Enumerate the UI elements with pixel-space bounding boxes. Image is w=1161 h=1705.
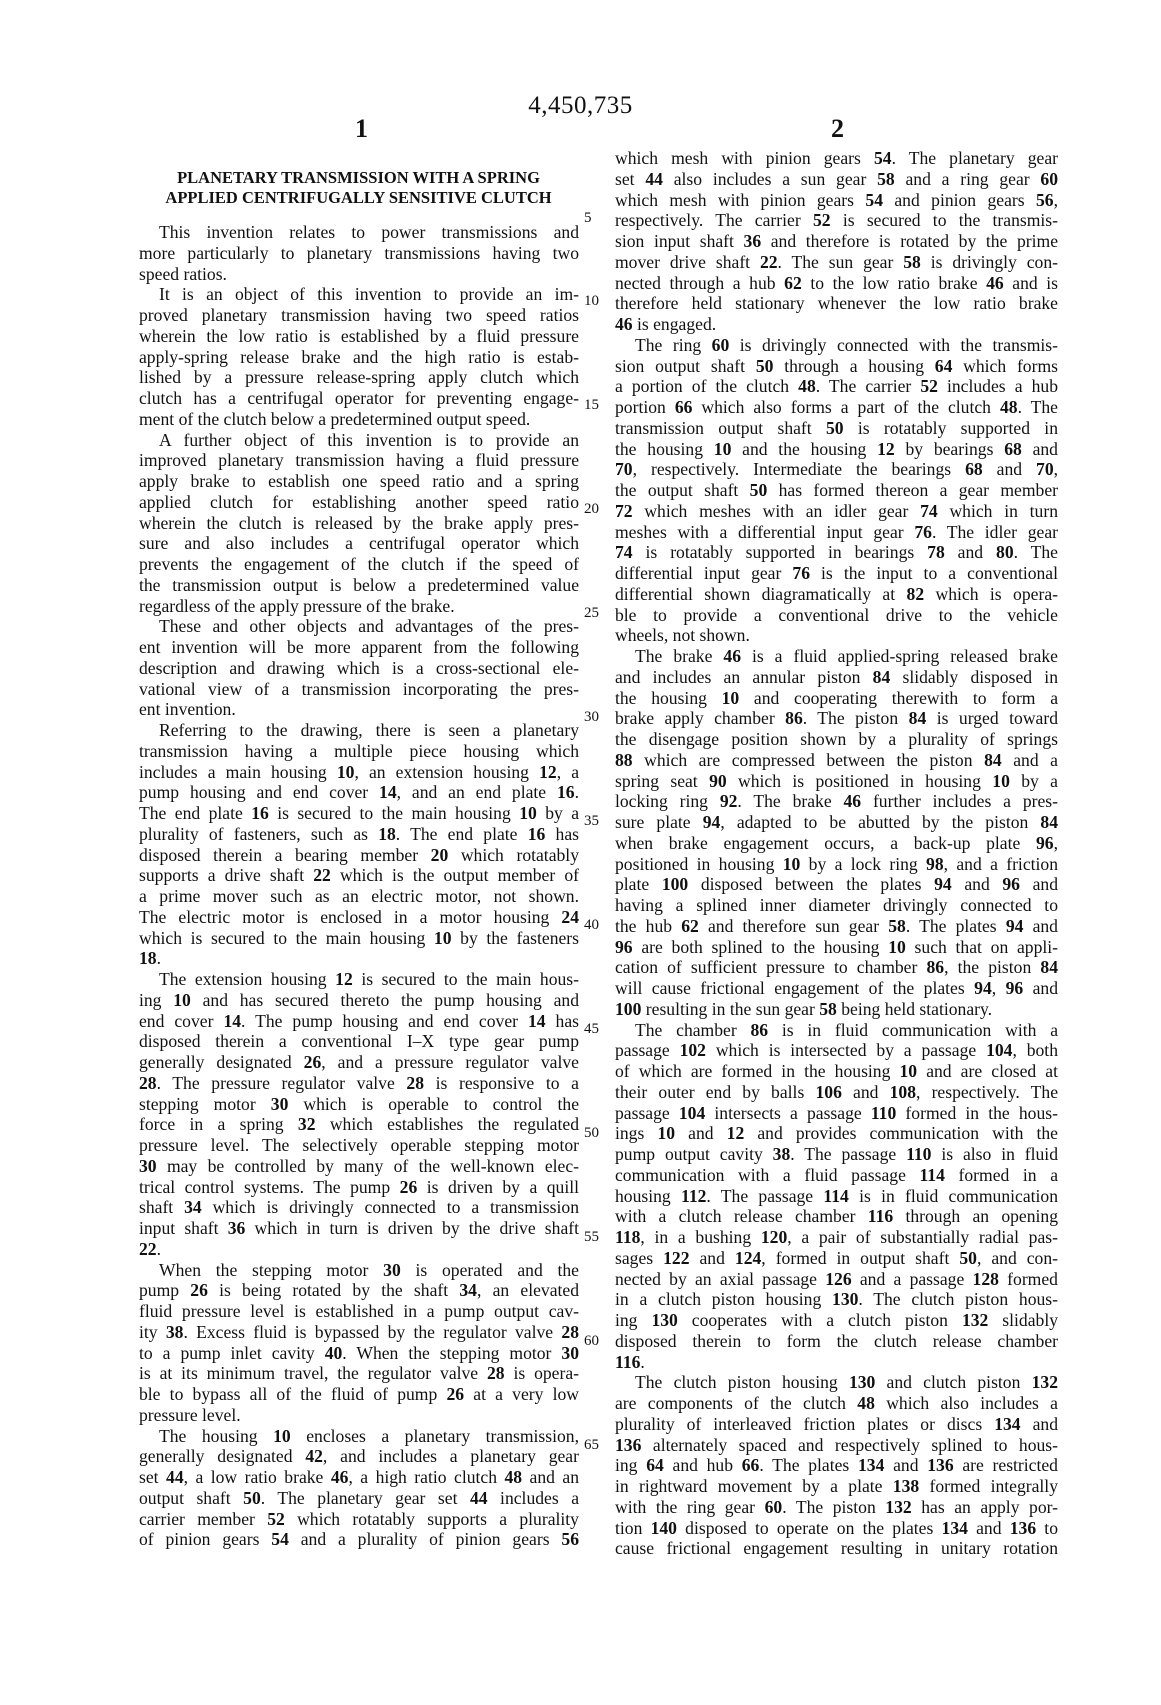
- reference-numeral: 22: [139, 1239, 157, 1259]
- reference-numeral: 22: [313, 865, 331, 885]
- reference-numeral: 16: [557, 782, 575, 802]
- text-line: differential input gear 76 is the input …: [615, 563, 1058, 584]
- text-line: the disengage position shown by a plural…: [615, 729, 1058, 750]
- text-line: stepping motor 30 which is operable to c…: [139, 1094, 579, 1115]
- text-line: brake apply chamber 86. The piston 84 is…: [615, 708, 1058, 729]
- title-line: APPLIED CENTRIFUGALLY SENSITIVE CLUTCH: [140, 188, 577, 208]
- text-line: apply-spring release brake and the high …: [139, 347, 579, 368]
- text-line: shaft 34 which is drivingly connected to…: [139, 1197, 579, 1218]
- text-line: Referring to the drawing, there is seen …: [139, 720, 579, 741]
- reference-numeral: 76: [914, 522, 932, 542]
- text-line: the output shaft 50 has formed thereon a…: [615, 480, 1058, 501]
- reference-numeral: 26: [446, 1384, 464, 1404]
- reference-numeral: 86: [785, 708, 803, 728]
- text-line: includes a main housing 10, an extension…: [139, 762, 579, 783]
- text-line: carrier member 52 which rotatably suppor…: [139, 1509, 579, 1530]
- reference-numeral: 46: [986, 273, 1004, 293]
- reference-numeral: 100: [615, 999, 641, 1019]
- reference-numeral: 134: [994, 1414, 1020, 1434]
- reference-numeral: 74: [920, 501, 938, 521]
- reference-numeral: 54: [271, 1529, 289, 1549]
- reference-numeral: 120: [761, 1227, 787, 1247]
- text-line: wheels, not shown.: [615, 625, 1058, 646]
- text-line: the housing 10 and cooperating therewith…: [615, 688, 1058, 709]
- text-line: passage 102 which is intersected by a pa…: [615, 1040, 1058, 1061]
- reference-numeral: 114: [823, 1186, 848, 1206]
- reference-numeral: 122: [663, 1248, 689, 1268]
- text-line: of pinion gears 54 and a plurality of pi…: [139, 1529, 579, 1550]
- reference-numeral: 100: [662, 874, 688, 894]
- reference-numeral: 32: [298, 1114, 316, 1134]
- reference-numeral: 96: [1036, 833, 1054, 853]
- text-line: ment of the clutch below a predetermined…: [139, 409, 579, 430]
- reference-numeral: 36: [744, 231, 762, 251]
- text-line: a prime mover such as an electric motor,…: [139, 886, 579, 907]
- reference-numeral: 114: [919, 1165, 944, 1185]
- reference-numeral: 132: [1032, 1372, 1058, 1392]
- reference-numeral: 84: [909, 708, 927, 728]
- reference-numeral: 84: [984, 750, 1002, 770]
- text-line: input shaft 36 which in turn is driven b…: [139, 1218, 579, 1239]
- reference-numeral: 28: [561, 1322, 579, 1342]
- reference-numeral: 50: [826, 418, 844, 438]
- patent-number: 4,450,735: [0, 92, 1161, 120]
- text-line: disposed therein to form the clutch rele…: [615, 1331, 1058, 1352]
- reference-numeral: 10: [657, 1123, 675, 1143]
- text-line: 100 resulting in the sun gear 58 being h…: [615, 999, 1058, 1020]
- reference-numeral: 58: [903, 252, 921, 272]
- reference-numeral: 14: [528, 1011, 546, 1031]
- reference-numeral: 12: [877, 439, 895, 459]
- reference-numeral: 50: [243, 1488, 261, 1508]
- text-line: which is secured to the main housing 10 …: [139, 928, 579, 949]
- reference-numeral: 18: [139, 948, 157, 968]
- reference-numeral: 136: [927, 1455, 953, 1475]
- reference-numeral: 66: [675, 397, 693, 417]
- reference-numeral: 64: [646, 1455, 664, 1475]
- reference-numeral: 68: [965, 459, 983, 479]
- reference-numeral: 60: [1040, 169, 1058, 189]
- text-line: generally designated 26, and a pressure …: [139, 1052, 579, 1073]
- reference-numeral: 12: [335, 969, 353, 989]
- text-line: in a clutch piston housing 130. The clut…: [615, 1289, 1058, 1310]
- reference-numeral: 76: [792, 563, 810, 583]
- reference-numeral: 26: [400, 1177, 418, 1197]
- text-line: sion output shaft 50 through a housing 6…: [615, 356, 1058, 377]
- reference-numeral: 10: [337, 762, 355, 782]
- text-line: disposed therein a conventional I–X type…: [139, 1031, 579, 1052]
- reference-numeral: 16: [251, 803, 269, 823]
- reference-numeral: 98: [926, 854, 944, 874]
- reference-numeral: 116: [868, 1206, 893, 1226]
- reference-numeral: 60: [765, 1497, 783, 1517]
- reference-numeral: 58: [819, 999, 837, 1019]
- reference-numeral: 136: [615, 1435, 641, 1455]
- reference-numeral: 104: [986, 1040, 1012, 1060]
- reference-numeral: 46: [331, 1467, 349, 1487]
- text-line: plurality of interleaved friction plates…: [615, 1414, 1058, 1435]
- reference-numeral: 136: [1010, 1518, 1036, 1538]
- reference-numeral: 130: [832, 1289, 858, 1309]
- text-line: when brake engagement occurs, a back-up …: [615, 833, 1058, 854]
- reference-numeral: 14: [223, 1011, 241, 1031]
- text-line: The housing 10 encloses a planetary tran…: [139, 1426, 579, 1447]
- text-line: respectively. The carrier 52 is secured …: [615, 210, 1058, 231]
- text-line: The electric motor is enclosed in a moto…: [139, 907, 579, 928]
- text-line: positioned in housing 10 by a lock ring …: [615, 854, 1058, 875]
- text-line: ing 130 cooperates with a clutch piston …: [615, 1310, 1058, 1331]
- reference-numeral: 70: [1036, 459, 1054, 479]
- text-line: the transmission output is below a prede…: [139, 575, 579, 596]
- text-line: 118, in a bushing 120, a pair of substan…: [615, 1227, 1058, 1248]
- text-line: end cover 14. The pump housing and end c…: [139, 1011, 579, 1032]
- text-line: The chamber 86 is in fluid communication…: [615, 1020, 1058, 1041]
- reference-numeral: 46: [615, 314, 633, 334]
- reference-numeral: 84: [873, 667, 891, 687]
- text-line: housing 112. The passage 114 is in fluid…: [615, 1186, 1058, 1207]
- text-line: the hub 62 and therefore sun gear 58. Th…: [615, 916, 1058, 937]
- reference-numeral: 38: [773, 1144, 791, 1164]
- reference-numeral: 78: [927, 542, 945, 562]
- reference-numeral: 68: [1004, 439, 1022, 459]
- reference-numeral: 112: [681, 1186, 706, 1206]
- text-line: applied clutch for establishing another …: [139, 492, 579, 513]
- text-line: spring seat 90 which is positioned in ho…: [615, 771, 1058, 792]
- text-line: generally designated 42, and includes a …: [139, 1446, 579, 1467]
- reference-numeral: 30: [383, 1260, 401, 1280]
- text-line: sages 122 and 124, formed in output shaf…: [615, 1248, 1058, 1269]
- reference-numeral: 90: [709, 771, 727, 791]
- text-line: proved planetary transmission having two…: [139, 305, 579, 326]
- text-line: ings 10 and 12 and provides communicatio…: [615, 1123, 1058, 1144]
- text-line: 30 may be controlled by many of the well…: [139, 1156, 579, 1177]
- reference-numeral: 132: [885, 1497, 911, 1517]
- reference-numeral: 56: [1036, 190, 1054, 210]
- margin-line-number: 50: [584, 1125, 608, 1142]
- text-line: communication with a fluid passage 114 f…: [615, 1165, 1058, 1186]
- reference-numeral: 128: [973, 1269, 999, 1289]
- reference-numeral: 92: [720, 791, 738, 811]
- text-line: nected through a hub 62 to the low ratio…: [615, 273, 1058, 294]
- reference-numeral: 80: [996, 542, 1014, 562]
- margin-line-number: 45: [584, 1021, 608, 1038]
- text-line: fluid pressure level is established in a…: [139, 1301, 579, 1322]
- margin-line-number: 65: [584, 1437, 608, 1454]
- reference-numeral: 62: [784, 273, 802, 293]
- reference-numeral: 28: [406, 1073, 424, 1093]
- reference-numeral: 132: [962, 1310, 988, 1330]
- reference-numeral: 46: [723, 646, 741, 666]
- text-line: 70, respectively. Intermediate the beari…: [615, 459, 1058, 480]
- reference-numeral: 16: [528, 824, 546, 844]
- text-line: tion 140 disposed to operate on the plat…: [615, 1518, 1058, 1539]
- text-line: is at its minimum travel, the regulator …: [139, 1363, 579, 1384]
- reference-numeral: 138: [893, 1476, 919, 1496]
- text-line: sure plate 94, adapted to be abutted by …: [615, 812, 1058, 833]
- reference-numeral: 48: [798, 376, 816, 396]
- margin-line-number: 40: [584, 917, 608, 934]
- margin-line-number: 55: [584, 1229, 608, 1246]
- reference-numeral: 24: [561, 907, 579, 927]
- text-line: transmission having a multiple piece hou…: [139, 741, 579, 762]
- document-title: PLANETARY TRANSMISSION WITH A SPRING APP…: [140, 168, 577, 208]
- text-line: with the ring gear 60. The piston 132 ha…: [615, 1497, 1058, 1518]
- margin-line-number: 20: [584, 501, 608, 518]
- text-line: set 44 also includes a sun gear 58 and a…: [615, 169, 1058, 190]
- reference-numeral: 34: [184, 1197, 202, 1217]
- reference-numeral: 10: [888, 937, 906, 957]
- text-line: clutch has a centrifugal operator for pr…: [139, 388, 579, 409]
- reference-numeral: 84: [1040, 957, 1058, 977]
- text-line: 28. The pressure regulator valve 28 is r…: [139, 1073, 579, 1094]
- text-line: 22.: [139, 1239, 579, 1260]
- text-line: The brake 46 is a fluid applied-spring r…: [615, 646, 1058, 667]
- text-line: The ring 60 is drivingly connected with …: [615, 335, 1058, 356]
- text-line: sion input shaft 36 and therefore is rot…: [615, 231, 1058, 252]
- reference-numeral: 50: [750, 480, 768, 500]
- reference-numeral: 28: [139, 1073, 157, 1093]
- margin-line-number: 10: [584, 293, 608, 310]
- reference-numeral: 118: [615, 1227, 640, 1247]
- text-line: 74 is rotatably supported in bearings 78…: [615, 542, 1058, 563]
- margin-line-number: 60: [584, 1333, 608, 1350]
- text-line: regardless of the apply pressure of the …: [139, 596, 579, 617]
- text-line: trical control systems. The pump 26 is d…: [139, 1177, 579, 1198]
- text-line: a portion of the clutch 48. The carrier …: [615, 376, 1058, 397]
- reference-numeral: 10: [900, 1061, 918, 1081]
- reference-numeral: 14: [379, 782, 397, 802]
- text-line: force in a spring 32 which establishes t…: [139, 1114, 579, 1135]
- text-line: pump housing and end cover 14, and an en…: [139, 782, 579, 803]
- text-line: lished by a pressure release-spring appl…: [139, 367, 579, 388]
- reference-numeral: 44: [470, 1488, 488, 1508]
- text-line: disposed therein a bearing member 20 whi…: [139, 845, 579, 866]
- reference-numeral: 56: [561, 1529, 579, 1549]
- reference-numeral: 58: [888, 916, 906, 936]
- reference-numeral: 110: [906, 1144, 931, 1164]
- text-line: 72 which meshes with an idler gear 74 wh…: [615, 501, 1058, 522]
- reference-numeral: 116: [615, 1352, 640, 1372]
- text-line: apply brake to establish one speed ratio…: [139, 471, 579, 492]
- text-line: 136 alternately spaced and respectively …: [615, 1435, 1058, 1456]
- text-line: plurality of fasteners, such as 18. The …: [139, 824, 579, 845]
- text-line: The clutch piston housing 130 and clutch…: [615, 1372, 1058, 1393]
- reference-numeral: 134: [942, 1518, 968, 1538]
- text-line: plate 100 disposed between the plates 94…: [615, 874, 1058, 895]
- margin-line-number: 35: [584, 813, 608, 830]
- right-text-column: which mesh with pinion gears 54. The pla…: [615, 148, 1058, 1559]
- reference-numeral: 140: [651, 1518, 677, 1538]
- column-number-left: 1: [355, 114, 368, 144]
- reference-numeral: 102: [680, 1040, 706, 1060]
- reference-numeral: 54: [865, 190, 883, 210]
- reference-numeral: 48: [1000, 397, 1018, 417]
- reference-numeral: 44: [645, 169, 663, 189]
- text-line: their outer end by balls 106 and 108, re…: [615, 1082, 1058, 1103]
- text-line: set 44, a low ratio brake 46, a high rat…: [139, 1467, 579, 1488]
- reference-numeral: 60: [712, 335, 730, 355]
- text-line: ing 10 and has secured thereto the pump …: [139, 990, 579, 1011]
- reference-numeral: 86: [751, 1020, 769, 1040]
- text-line: ent invention.: [139, 699, 579, 720]
- reference-numeral: 28: [487, 1363, 505, 1383]
- reference-numeral: 18: [378, 824, 396, 844]
- reference-numeral: 94: [974, 978, 992, 998]
- reference-numeral: 30: [271, 1094, 289, 1114]
- text-line: portion 66 which also forms a part of th…: [615, 397, 1058, 418]
- column-number-right: 2: [831, 114, 844, 144]
- text-line: transmission output shaft 50 is rotatabl…: [615, 418, 1058, 439]
- reference-numeral: 52: [920, 376, 938, 396]
- text-line: A further object of this invention is to…: [139, 430, 579, 451]
- margin-line-number: 30: [584, 709, 608, 726]
- text-line: will cause frictional engagement of the …: [615, 978, 1058, 999]
- text-line: having a splined inner diameter drivingl…: [615, 895, 1058, 916]
- reference-numeral: 106: [815, 1082, 841, 1102]
- text-line: more particularly to planetary transmiss…: [139, 243, 579, 264]
- text-line: mover drive shaft 22. The sun gear 58 is…: [615, 252, 1058, 273]
- reference-numeral: 12: [727, 1123, 745, 1143]
- reference-numeral: 10: [519, 803, 537, 823]
- reference-numeral: 124: [735, 1248, 761, 1268]
- reference-numeral: 50: [959, 1248, 977, 1268]
- text-line: These and other objects and advantages o…: [139, 616, 579, 637]
- text-line: passage 104 intersects a passage 110 for…: [615, 1103, 1058, 1124]
- reference-numeral: 12: [539, 762, 557, 782]
- left-text-column: This invention relates to power transmis…: [139, 222, 579, 1550]
- reference-numeral: 30: [561, 1343, 579, 1363]
- reference-numeral: 10: [434, 928, 452, 948]
- text-line: with a clutch release chamber 116 throug…: [615, 1206, 1058, 1227]
- text-line: cation of sufficient pressure to chamber…: [615, 957, 1058, 978]
- text-line: pump 26 is being rotated by the shaft 34…: [139, 1280, 579, 1301]
- text-line: vational view of a transmission incorpor…: [139, 679, 579, 700]
- text-line: are components of the clutch 48 which al…: [615, 1393, 1058, 1414]
- text-line: description and drawing which is a cross…: [139, 658, 579, 679]
- reference-numeral: 40: [325, 1343, 343, 1363]
- reference-numeral: 48: [504, 1467, 522, 1487]
- text-line: It is an object of this invention to pro…: [139, 284, 579, 305]
- reference-numeral: 46: [844, 791, 862, 811]
- reference-numeral: 50: [756, 356, 774, 376]
- reference-numeral: 30: [139, 1156, 157, 1176]
- text-line: meshes with a differential input gear 76…: [615, 522, 1058, 543]
- reference-numeral: 130: [651, 1310, 677, 1330]
- text-line: ity 38. Excess fluid is bypassed by the …: [139, 1322, 579, 1343]
- text-line: ble to bypass all of the fluid of pump 2…: [139, 1384, 579, 1405]
- text-line: ing 64 and hub 66. The plates 134 and 13…: [615, 1455, 1058, 1476]
- margin-line-number: 5: [584, 210, 608, 227]
- text-line: This invention relates to power transmis…: [139, 222, 579, 243]
- reference-numeral: 10: [722, 688, 740, 708]
- reference-numeral: 96: [1002, 874, 1020, 894]
- text-line: wherein the clutch is released by the br…: [139, 513, 579, 534]
- text-line: improved planetary transmission having a…: [139, 450, 579, 471]
- reference-numeral: 70: [615, 459, 633, 479]
- text-line: to a pump inlet cavity 40. When the step…: [139, 1343, 579, 1364]
- reference-numeral: 96: [615, 937, 633, 957]
- text-line: ble to provide a conventional drive to t…: [615, 605, 1058, 626]
- reference-numeral: 108: [890, 1082, 916, 1102]
- text-line: pressure level. The selectively operable…: [139, 1135, 579, 1156]
- reference-numeral: 86: [926, 957, 944, 977]
- margin-line-number: 15: [584, 397, 608, 414]
- reference-numeral: 44: [166, 1467, 184, 1487]
- text-line: cause frictional engagement resulting in…: [615, 1538, 1058, 1559]
- text-line: pressure level.: [139, 1405, 579, 1426]
- reference-numeral: 10: [992, 771, 1010, 791]
- reference-numeral: 66: [742, 1455, 760, 1475]
- text-line: which mesh with pinion gears 54. The pla…: [615, 148, 1058, 169]
- text-line: prevents the engagement of the clutch if…: [139, 554, 579, 575]
- reference-numeral: 62: [681, 916, 699, 936]
- reference-numeral: 22: [760, 252, 778, 272]
- reference-numeral: 134: [858, 1455, 884, 1475]
- reference-numeral: 34: [459, 1280, 477, 1300]
- text-line: supports a drive shaft 22 which is the o…: [139, 865, 579, 886]
- reference-numeral: 26: [304, 1052, 322, 1072]
- reference-numeral: 38: [166, 1322, 184, 1342]
- text-line: pump output cavity 38. The passage 110 i…: [615, 1144, 1058, 1165]
- reference-numeral: 52: [813, 210, 831, 230]
- reference-numeral: 82: [907, 584, 925, 604]
- reference-numeral: 72: [615, 501, 633, 521]
- reference-numeral: 126: [825, 1269, 851, 1289]
- reference-numeral: 10: [783, 854, 801, 874]
- text-line: nected by an axial passage 126 and a pas…: [615, 1269, 1058, 1290]
- reference-numeral: 10: [173, 990, 191, 1010]
- reference-numeral: 48: [857, 1393, 875, 1413]
- reference-numeral: 104: [679, 1103, 705, 1123]
- text-line: The end plate 16 is secured to the main …: [139, 803, 579, 824]
- text-line: 46 is engaged.: [615, 314, 1058, 335]
- text-line: therefore held stationary whenever the l…: [615, 293, 1058, 314]
- reference-numeral: 58: [877, 169, 895, 189]
- reference-numeral: 64: [935, 356, 953, 376]
- text-line: 96 are both splined to the housing 10 su…: [615, 937, 1058, 958]
- text-line: and includes an annular piston 84 slidab…: [615, 667, 1058, 688]
- reference-numeral: 52: [267, 1509, 285, 1529]
- reference-numeral: 36: [228, 1218, 246, 1238]
- reference-numeral: 94: [703, 812, 721, 832]
- text-line: differential shown diagramatically at 82…: [615, 584, 1058, 605]
- reference-numeral: 130: [849, 1372, 875, 1392]
- reference-numeral: 20: [431, 845, 449, 865]
- text-line: sure and also includes a centrifugal ope…: [139, 533, 579, 554]
- text-line: speed ratios.: [139, 264, 579, 285]
- text-line: 18.: [139, 948, 579, 969]
- reference-numeral: 88: [615, 750, 633, 770]
- reference-numeral: 110: [871, 1103, 896, 1123]
- text-line: When the stepping motor 30 is operated a…: [139, 1260, 579, 1281]
- reference-numeral: 96: [1006, 978, 1024, 998]
- reference-numeral: 42: [305, 1446, 323, 1466]
- text-line: wherein the low ratio is established by …: [139, 326, 579, 347]
- text-line: of which are formed in the housing 10 an…: [615, 1061, 1058, 1082]
- text-line: in rightward movement by a plate 138 for…: [615, 1476, 1058, 1497]
- text-line: ent invention will be more apparent from…: [139, 637, 579, 658]
- margin-line-number: 25: [584, 605, 608, 622]
- reference-numeral: 54: [874, 148, 892, 168]
- text-line: The extension housing 12 is secured to t…: [139, 969, 579, 990]
- text-line: locking ring 92. The brake 46 further in…: [615, 791, 1058, 812]
- reference-numeral: 26: [190, 1280, 208, 1300]
- reference-numeral: 74: [615, 542, 633, 562]
- reference-numeral: 10: [273, 1426, 291, 1446]
- reference-numeral: 10: [714, 439, 732, 459]
- reference-numeral: 84: [1040, 812, 1058, 832]
- text-line: which mesh with pinion gears 54 and pini…: [615, 190, 1058, 211]
